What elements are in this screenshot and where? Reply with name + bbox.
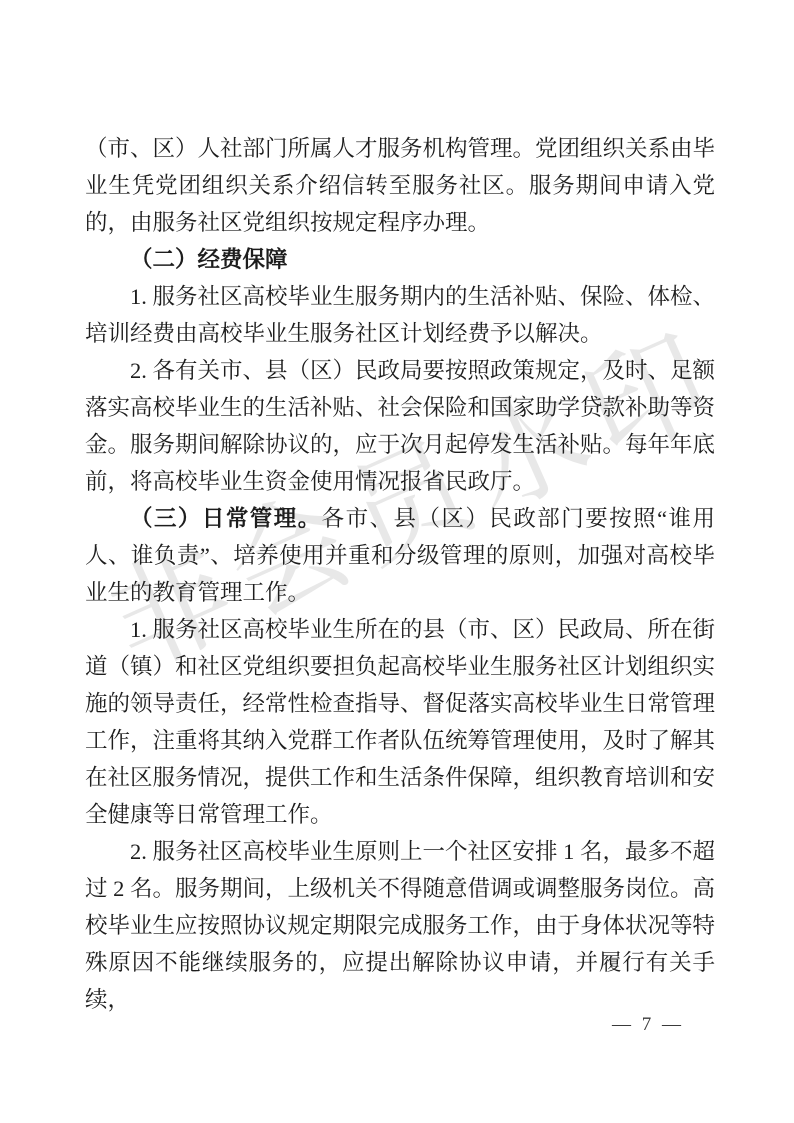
document-page: 非会员水印 （市、区）人社部门所属人才服务机构管理。党团组织关系由毕业生凭党团组… <box>0 0 794 1123</box>
text-segment: 2. 服务社区高校毕业生原则上一个社区安排 1 名，最多不超过 2 名。服务期间… <box>85 839 715 1012</box>
text-segment: 1. 服务社区高校毕业生所在的县（市、区）民政局、所在街道（镇）和社区党组织要担… <box>85 617 715 827</box>
text-segment: （市、区）人社部门所属人才服务机构管理。党团组织关系由毕业生凭党团组织关系介绍信… <box>85 136 715 235</box>
paragraph-2: （二）经费保障 <box>85 241 715 278</box>
paragraph-4: 2. 各有关市、县（区）民政局要按照政策规定，及时、足额落实高校毕业生的生活补贴… <box>85 352 715 500</box>
paragraph-7: 2. 服务社区高校毕业生原则上一个社区安排 1 名，最多不超过 2 名。服务期间… <box>85 833 715 1018</box>
text-segment: 2. 各有关市、县（区）民政局要按照政策规定，及时、足额落实高校毕业生的生活补贴… <box>85 358 715 494</box>
page-number: — 7 — <box>612 1014 684 1036</box>
paragraph-6: 1. 服务社区高校毕业生所在的县（市、区）民政局、所在街道（镇）和社区党组织要担… <box>85 611 715 833</box>
text-segment: 1. 服务社区高校毕业生服务期内的生活补贴、保险、体检、培训经费由高校毕业生服务… <box>85 284 715 346</box>
section-heading-segment: （二）经费保障 <box>130 247 288 272</box>
document-body: （市、区）人社部门所属人才服务机构管理。党团组织关系由毕业生凭党团组织关系介绍信… <box>85 130 715 1018</box>
paragraph-3: 1. 服务社区高校毕业生服务期内的生活补贴、保险、体检、培训经费由高校毕业生服务… <box>85 278 715 352</box>
paragraph-1: （市、区）人社部门所属人才服务机构管理。党团组织关系由毕业生凭党团组织关系介绍信… <box>85 130 715 241</box>
paragraph-5: （三）日常管理。各市、县（区）民政部门要按照“谁用人、谁负责”、培养使用并重和分… <box>85 500 715 611</box>
section-heading-segment: （三）日常管理。 <box>130 506 322 531</box>
